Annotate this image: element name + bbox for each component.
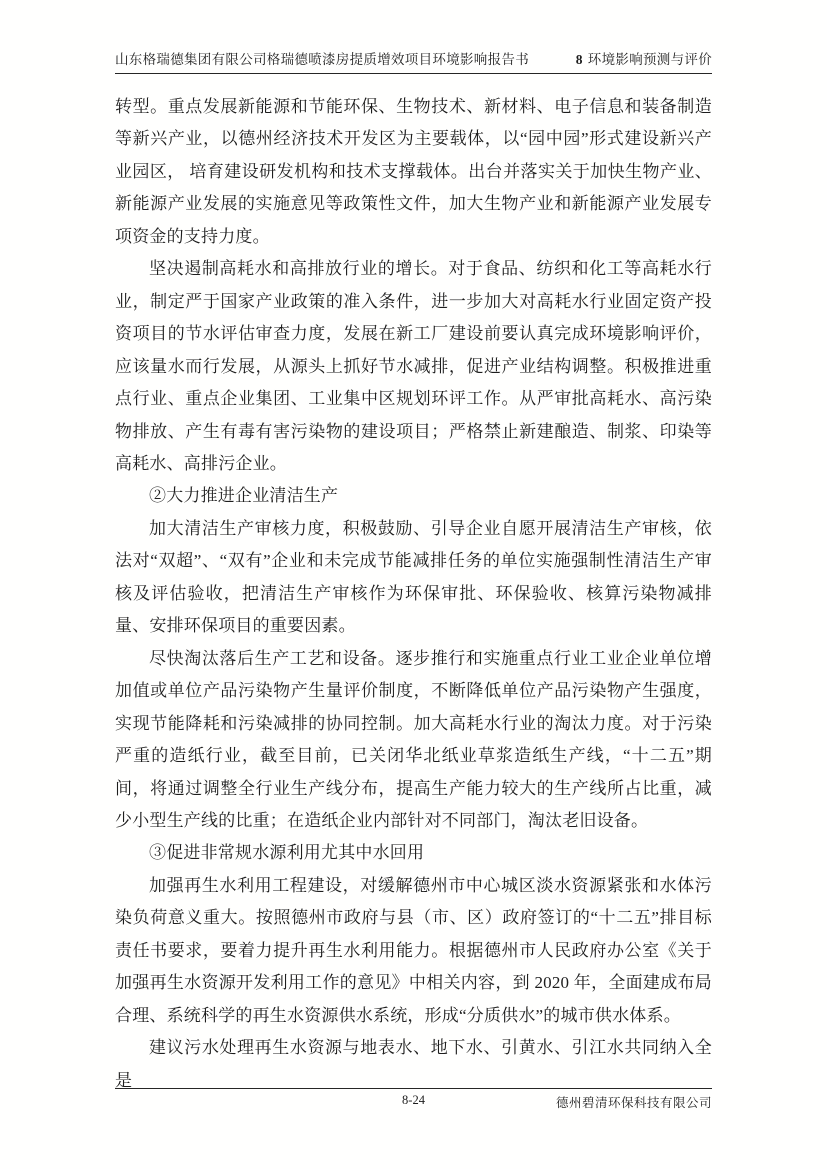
document-page: 山东格瑞德集团有限公司格瑞德喷漆房提质增效项目环境影响报告书 8环境影响预测与评…: [0, 0, 827, 1169]
page-number: 8-24: [402, 1093, 425, 1108]
body-subheading: ③促进非常规水源利用尤其中水回用: [115, 837, 712, 869]
header-chapter-number: 8: [576, 52, 583, 67]
page-footer: 8-24 德州碧清环保科技有限公司: [115, 1088, 712, 1117]
header-left-title: 山东格瑞德集团有限公司格瑞德喷漆房提质增效项目环境影响报告书: [115, 48, 529, 68]
body-paragraph: 坚决遏制高耗水和高排放行业的增长。对于食品、纺织和化工等高耗水行业，制定严于国家…: [115, 253, 712, 480]
footer-company-name: 德州碧清环保科技有限公司: [556, 1093, 712, 1111]
body-paragraph: 加强再生水利用工程建设，对缓解德州市中心城区淡水资源紧张和水体污染负荷意义重大。…: [115, 870, 712, 1032]
body-subheading: ②大力推进企业清洁生产: [115, 480, 712, 512]
body-paragraph: 转型。重点发展新能源和节能环保、生物技术、新材料、电子信息和装备制造等新兴产业，…: [115, 91, 712, 253]
body-paragraph: 加大清洁生产审核力度，积极鼓励、引导企业自愿开展清洁生产审核，依法对“双超”、“…: [115, 513, 712, 643]
page-header: 山东格瑞德集团有限公司格瑞德喷漆房提质增效项目环境影响报告书 8环境影响预测与评…: [115, 48, 712, 74]
page-body: 转型。重点发展新能源和节能环保、生物技术、新材料、电子信息和装备制造等新兴产业，…: [115, 91, 712, 1097]
header-chapter-title: 环境影响预测与评价: [588, 52, 712, 67]
header-chapter: 8环境影响预测与评价: [576, 48, 712, 68]
body-paragraph: 尽快淘汰落后生产工艺和设备。逐步推行和实施重点行业工业企业单位增加值或单位产品污…: [115, 643, 712, 838]
